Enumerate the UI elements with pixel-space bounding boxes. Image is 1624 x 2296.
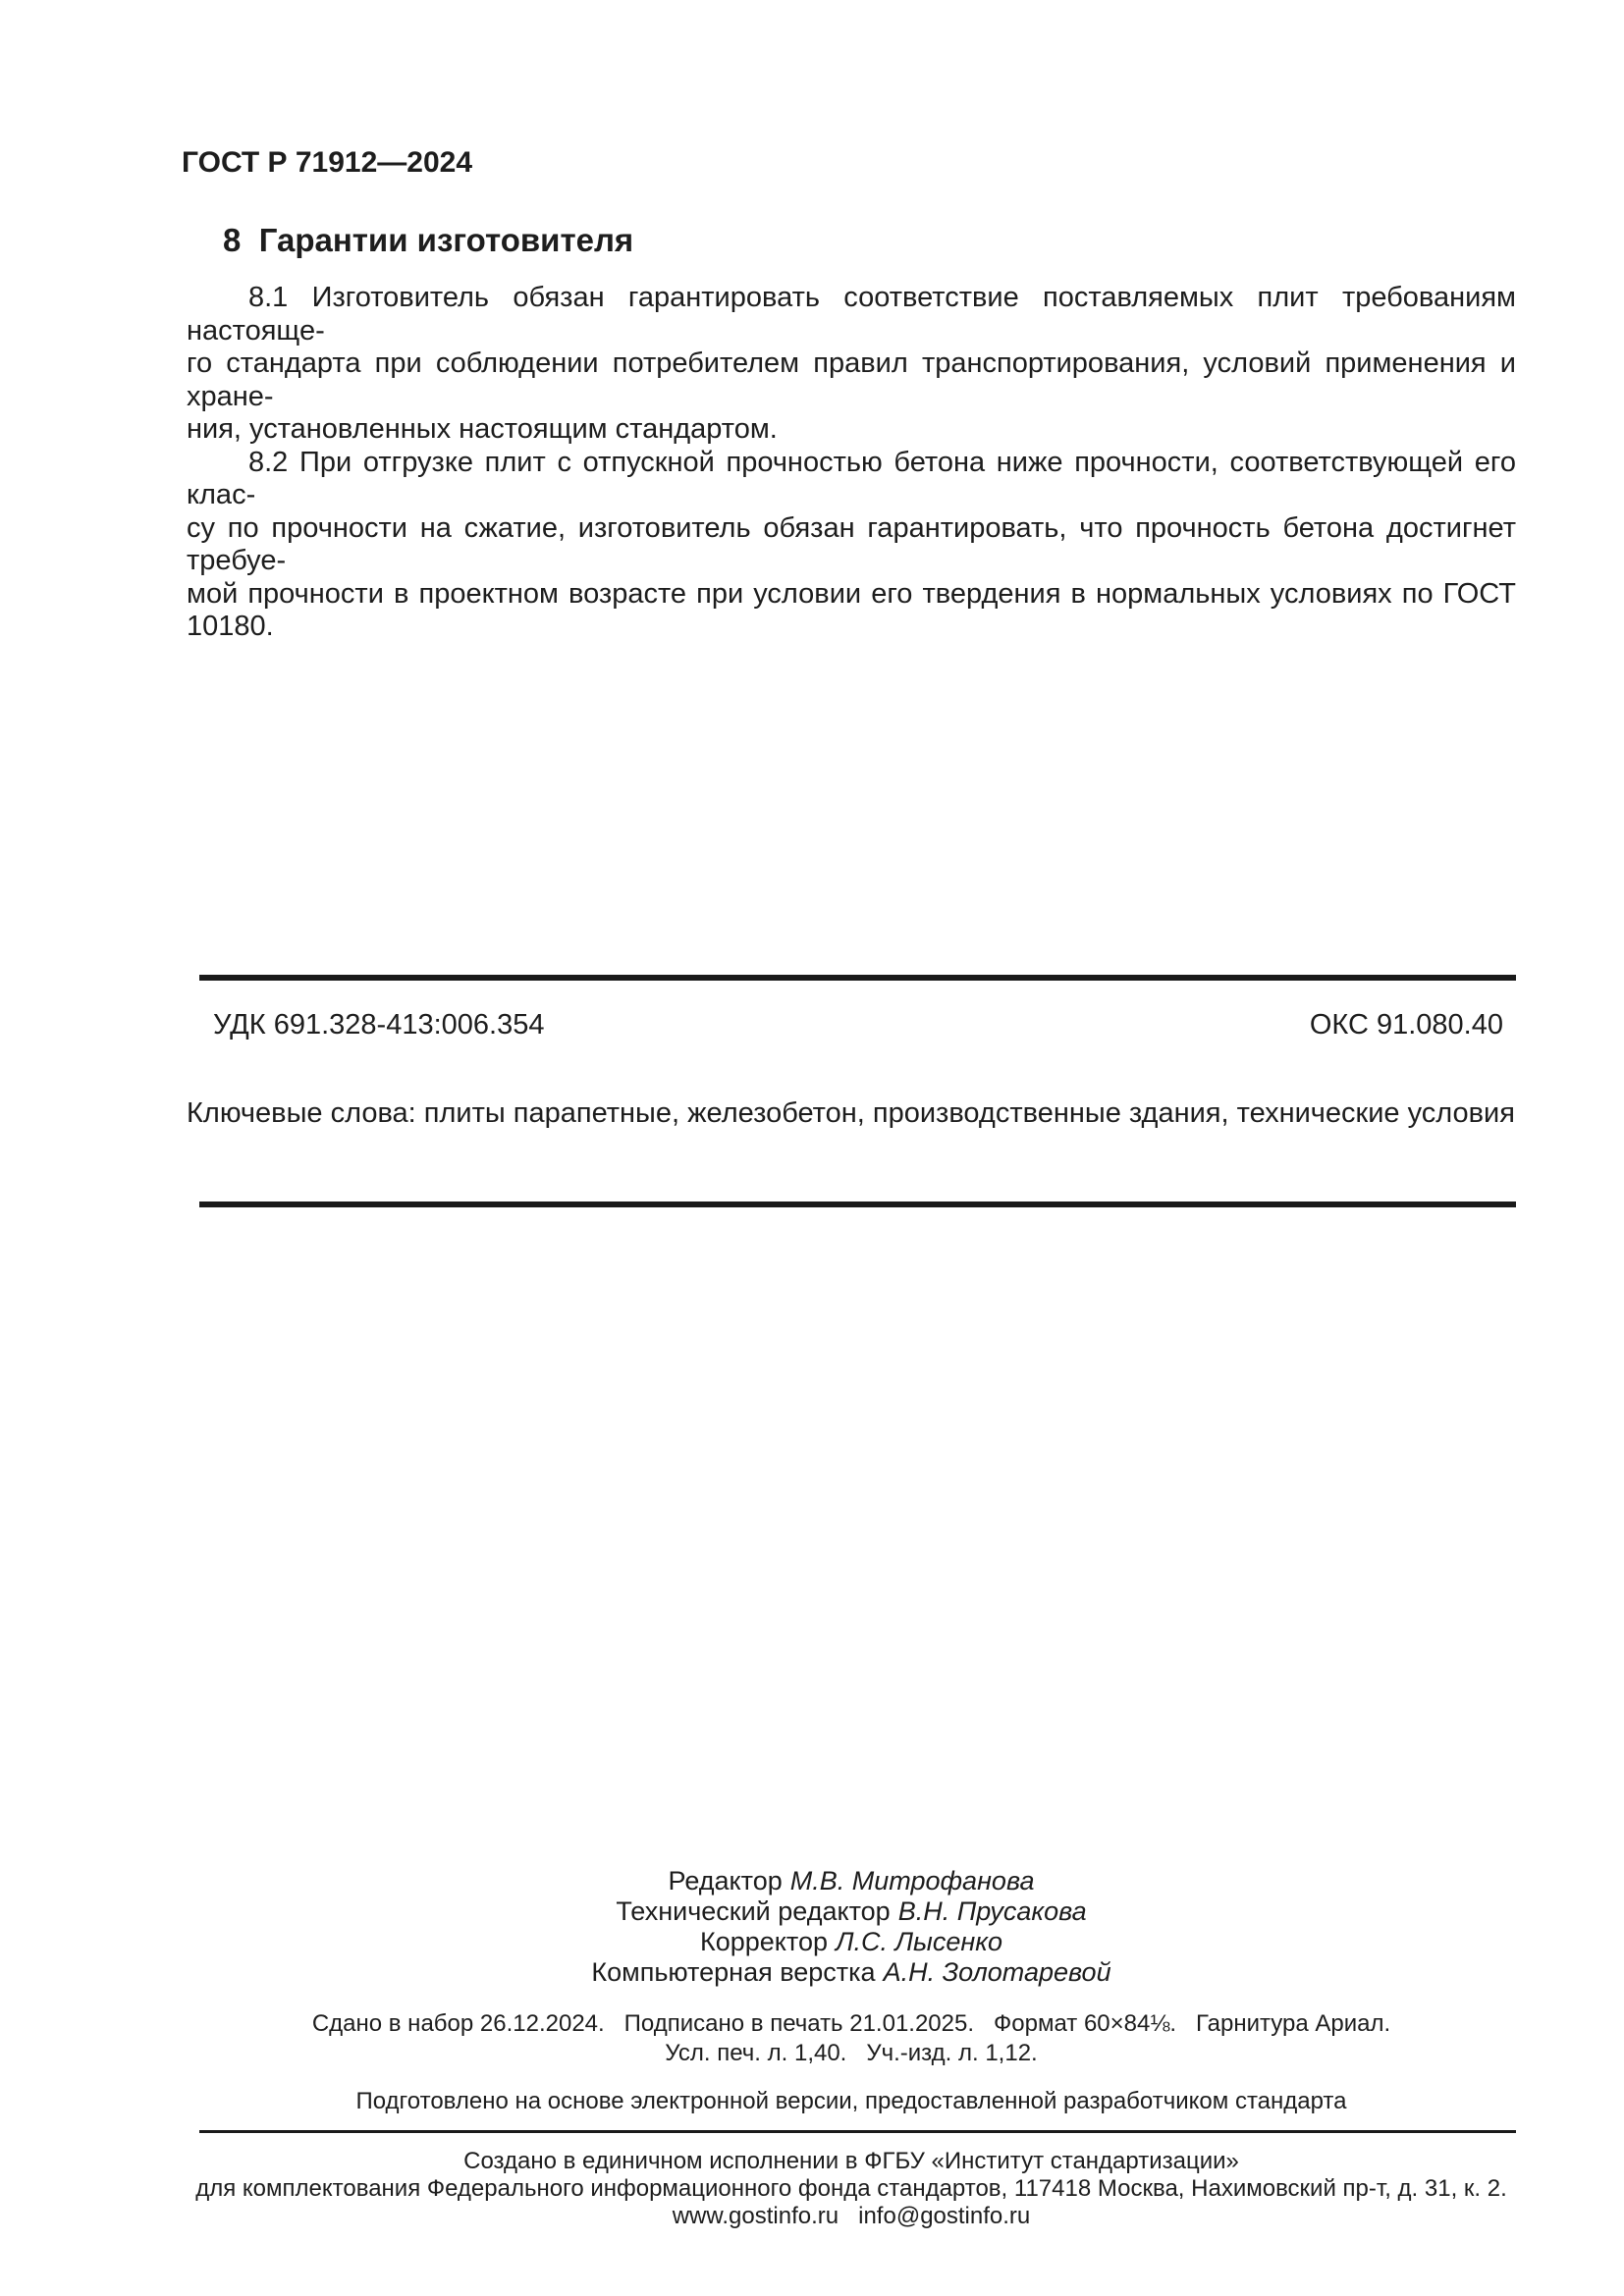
paragraph-line: мой прочности в проектном возрасте при у… — [187, 578, 1516, 644]
paragraph-8-1: 8.1 Изготовитель обязан гарантировать со… — [187, 282, 1516, 447]
section-heading: 8 Гарантии изготовителя — [223, 224, 1516, 256]
volume-line: Усл. печ. л. 1,40. Уч.-изд. л. 1,12. — [187, 2039, 1516, 2068]
paragraph-line: 8.1 Изготовитель обязан гарантировать со… — [187, 282, 1516, 347]
staff-name: В.Н. Прусакова — [898, 1896, 1087, 1926]
publisher-info: Создано в единичном исполнении в ФГБУ «И… — [187, 2148, 1516, 2230]
paragraph-line: су по прочности на сжатие, изготовитель … — [187, 512, 1516, 578]
paragraph-8-2: 8.2 При отгрузке плит с отпускной прочно… — [187, 447, 1516, 644]
staff-line: Компьютерная версткаА.Н. Золотаревой — [187, 1957, 1516, 1988]
page-content: ГОСТ Р 71912—2024 8 Гарантии изготовител… — [0, 147, 1624, 2230]
horizontal-rule — [199, 975, 1516, 981]
staff-line: КорректорЛ.С. Лысенко — [187, 1927, 1516, 1957]
classification-row: УДК 691.328-413:006.354 ОКС 91.080.40 — [187, 1009, 1516, 1041]
udk-code: УДК 691.328-413:006.354 — [213, 1009, 544, 1041]
staff-line: Технический редакторВ.Н. Прусакова — [187, 1896, 1516, 1927]
staff-name: Л.С. Лысенко — [836, 1927, 1002, 1956]
oks-code: ОКС 91.080.40 — [1310, 1009, 1503, 1041]
staff-role: Корректор — [700, 1927, 828, 1956]
publisher-line: Создано в единичном исполнении в ФГБУ «И… — [187, 2148, 1516, 2175]
staff-role: Технический редактор — [616, 1896, 890, 1926]
publisher-line: для комплектования Федерального информац… — [187, 2175, 1516, 2203]
staff-name: А.Н. Золотаревой — [884, 1957, 1111, 1987]
colophon-staff: РедакторМ.В. Митрофанова Технический ред… — [187, 1866, 1516, 1988]
staff-name: М.В. Митрофанова — [790, 1866, 1035, 1896]
prepared-note: Подготовлено на основе электронной верси… — [187, 2087, 1516, 2116]
paragraph-line: 8.2 При отгрузке плит с отпускной прочно… — [187, 447, 1516, 512]
horizontal-rule — [199, 2130, 1516, 2133]
standard-number: ГОСТ Р 71912—2024 — [182, 147, 1516, 179]
keywords-line: Ключевые слова: плиты парапетные, железо… — [187, 1097, 1516, 1130]
paragraph-line: го стандарта при соблюдении потребителем… — [187, 347, 1516, 413]
staff-role: Компьютерная верстка — [591, 1957, 875, 1987]
horizontal-rule — [199, 1201, 1516, 1207]
paragraph-line: ния, установленных настоящим стандартом. — [187, 413, 1516, 447]
print-info: Сдано в набор 26.12.2024. Подписано в пе… — [187, 2009, 1516, 2068]
publisher-contacts: www.gostinfo.ru info@gostinfo.ru — [187, 2203, 1516, 2230]
typesetting-line: Сдано в набор 26.12.2024. Подписано в пе… — [187, 2009, 1516, 2039]
document-page: ГОСТ Р 71912—2024 8 Гарантии изготовител… — [0, 0, 1624, 2296]
staff-line: РедакторМ.В. Митрофанова — [187, 1866, 1516, 1896]
staff-role: Редактор — [669, 1866, 783, 1896]
